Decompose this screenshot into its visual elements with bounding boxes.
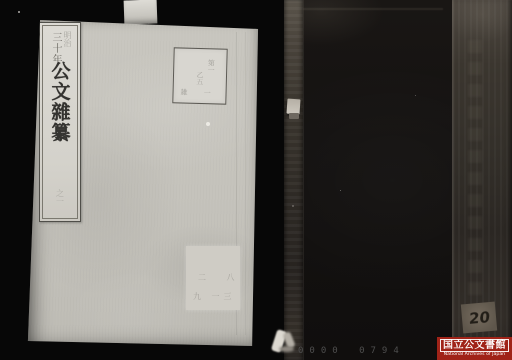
case-dark-cover xyxy=(303,0,452,360)
bottom-smudge xyxy=(279,346,294,352)
spine-number-label: 20 xyxy=(461,302,497,334)
film-speck xyxy=(206,122,210,126)
document-cover: 明治 三十年 公文雜纂 之一 第一 乙五 雑 一 二 八 九 一三 xyxy=(26,17,264,349)
paper-tab xyxy=(124,0,158,25)
case-binding-strip xyxy=(284,0,303,360)
archival-photo: 明治 三十年 公文雜纂 之一 第一 乙五 雑 一 二 八 九 一三 20 0 xyxy=(0,0,512,360)
watermark-english: National Archives of Japan xyxy=(444,352,505,357)
bottom-label: 二 八 九 一三 xyxy=(186,246,240,310)
cover-crease xyxy=(245,32,246,335)
bottom-label-row-2: 九 一三 xyxy=(193,291,236,302)
watermark-japanese: 国立公文書館 xyxy=(440,339,509,353)
archive-watermark: 国立公文書館 National Archives of Japan xyxy=(437,337,512,360)
clasp-shadow xyxy=(289,113,299,119)
classification-bottom-row: 雑 一 xyxy=(180,87,217,98)
spine-number: 20 xyxy=(468,308,490,328)
spine-faint-marks xyxy=(468,40,482,300)
classification-column-1: 第一 xyxy=(206,59,216,73)
era-text: 明治 xyxy=(62,31,73,47)
film-speck xyxy=(415,95,416,96)
classification-label: 第一 乙五 雑 一 xyxy=(172,47,227,104)
bottom-label-row-1: 二 八 xyxy=(198,272,244,283)
case-top-seam xyxy=(303,8,443,10)
title-label: 明治 三十年 公文雜纂 之一 xyxy=(39,22,81,222)
film-frame-number: 0000 0794 xyxy=(298,346,405,356)
classification-column-2: 乙五 xyxy=(195,71,205,85)
film-speck xyxy=(340,190,341,191)
film-speck xyxy=(18,11,20,13)
volume-title: 公文雜纂 xyxy=(47,61,74,143)
case-edge-highlight xyxy=(303,0,304,360)
film-speck xyxy=(292,205,294,207)
volume-note: 之一 xyxy=(55,189,66,205)
